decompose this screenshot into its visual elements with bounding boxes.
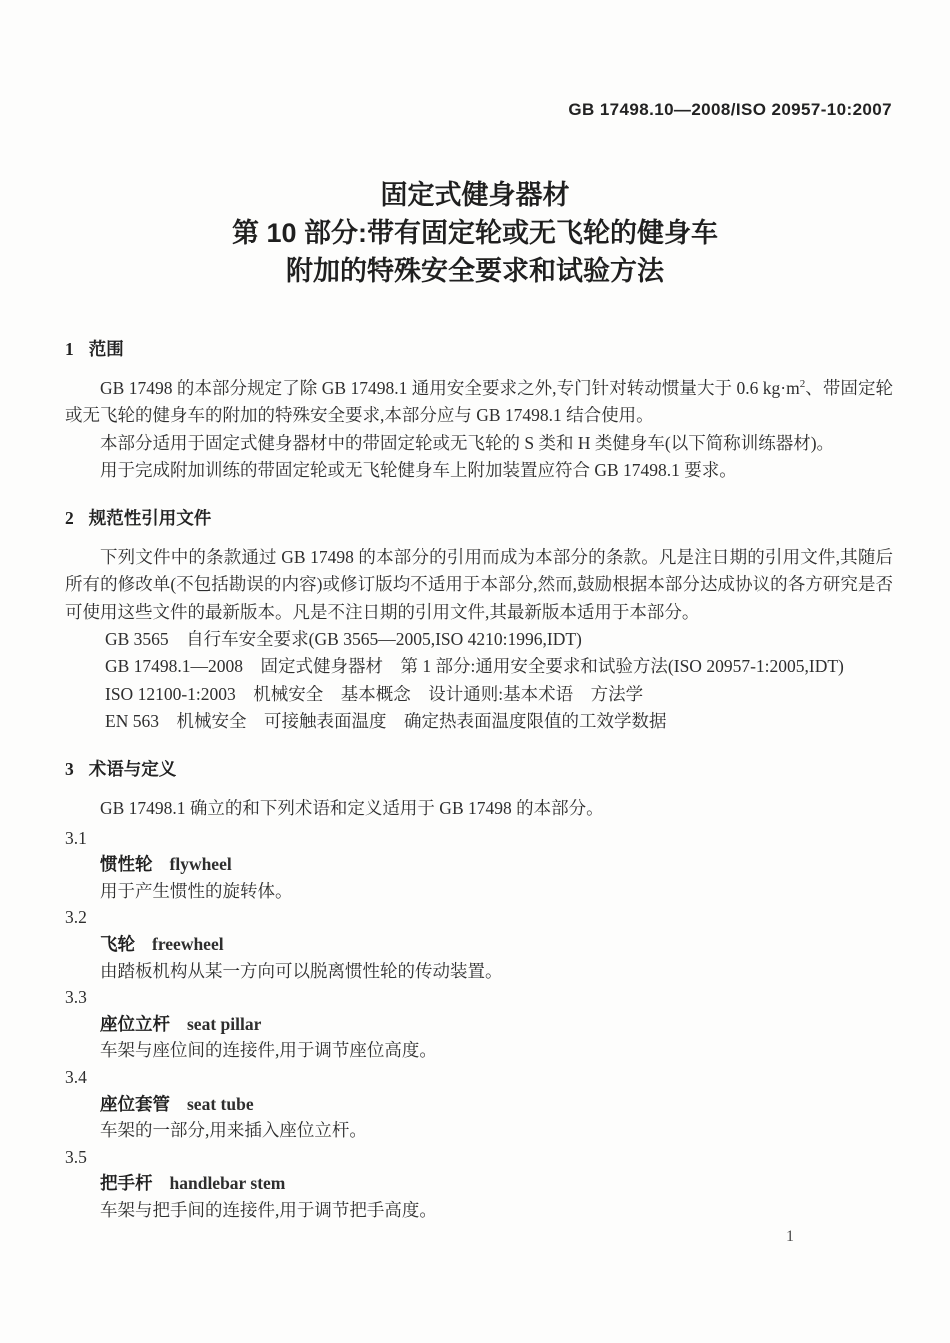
title-line-1: 固定式健身器材 — [0, 176, 950, 214]
section-1-heading: 1范围 — [65, 338, 893, 360]
standard-number-header: GB 17498.10—2008/ISO 20957-10:2007 — [0, 0, 950, 120]
title-line-2: 第 10 部分:带有固定轮或无飞轮的健身车 — [0, 214, 950, 252]
document-title: 固定式健身器材 第 10 部分:带有固定轮或无飞轮的健身车 附加的特殊安全要求和… — [0, 176, 950, 290]
term-name-chinese: 座位立杆 — [100, 1014, 170, 1034]
section-3-number: 3 — [65, 758, 74, 780]
term-entry: 3.5 把手杆handlebar stem 车架与把手间的连接件,用于调节把手高… — [65, 1144, 893, 1224]
term-name-english: flywheel — [170, 854, 232, 874]
section-2-title: 规范性引用文件 — [89, 508, 212, 528]
terms-list: 3.1 惯性轮flywheel 用于产生惯性的旋转体。 3.2 飞轮freewh… — [65, 825, 893, 1224]
term-name: 把手杆handlebar stem — [65, 1170, 893, 1197]
section-1-paragraph-1: GB 17498 的本部分规定了除 GB 17498.1 通用安全要求之外,专门… — [65, 375, 893, 430]
para-text: GB 17498 的本部分规定了除 GB 17498.1 通用安全要求之外,专门… — [100, 378, 800, 398]
section-2-number: 2 — [65, 507, 74, 529]
term-name: 惯性轮flywheel — [65, 851, 893, 878]
term-definition: 车架与座位间的连接件,用于调节座位高度。 — [65, 1037, 893, 1064]
term-entry: 3.3 座位立杆seat pillar 车架与座位间的连接件,用于调节座位高度。 — [65, 984, 893, 1064]
section-2-heading: 2规范性引用文件 — [65, 507, 893, 529]
document-body: 1范围 GB 17498 的本部分规定了除 GB 17498.1 通用安全要求之… — [0, 338, 950, 1223]
term-name-english: seat tube — [187, 1094, 254, 1114]
term-name-chinese: 飞轮 — [100, 934, 135, 954]
term-entry: 3.4 座位套管seat tube 车架的一部分,用来插入座位立杆。 — [65, 1064, 893, 1144]
term-definition: 车架与把手间的连接件,用于调节把手高度。 — [65, 1197, 893, 1224]
section-3-heading: 3术语与定义 — [65, 758, 893, 780]
term-name-chinese: 惯性轮 — [100, 854, 153, 874]
term-number: 3.1 — [65, 825, 893, 852]
term-definition: 车架的一部分,用来插入座位立杆。 — [65, 1117, 893, 1144]
document-page: GB 17498.10—2008/ISO 20957-10:2007 固定式健身… — [0, 0, 950, 1343]
section-3-intro: GB 17498.1 确立的和下列术语和定义适用于 GB 17498 的本部分。 — [65, 795, 893, 822]
term-name-chinese: 座位套管 — [100, 1094, 170, 1114]
reference-item: ISO 12100-1:2003 机械安全 基本概念 设计通则:基本术语 方法学 — [65, 681, 893, 708]
term-definition: 用于产生惯性的旋转体。 — [65, 878, 893, 905]
page-number: 1 — [786, 1228, 794, 1246]
term-number: 3.4 — [65, 1064, 893, 1091]
reference-item: GB 17498.1—2008 固定式健身器材 第 1 部分:通用安全要求和试验… — [65, 653, 893, 680]
term-name-english: freewheel — [152, 934, 224, 954]
title-line-3: 附加的特殊安全要求和试验方法 — [0, 252, 950, 290]
term-name-english: seat pillar — [187, 1014, 261, 1034]
section-1-paragraph-3: 用于完成附加训练的带固定轮或无飞轮健身车上附加装置应符合 GB 17498.1 … — [65, 457, 893, 484]
term-definition: 由踏板机构从某一方向可以脱离惯性轮的传动装置。 — [65, 958, 893, 985]
term-name-chinese: 把手杆 — [100, 1173, 153, 1193]
term-entry: 3.1 惯性轮flywheel 用于产生惯性的旋转体。 — [65, 825, 893, 905]
term-entry: 3.2 飞轮freewheel 由踏板机构从某一方向可以脱离惯性轮的传动装置。 — [65, 904, 893, 984]
term-number: 3.2 — [65, 904, 893, 931]
term-name: 飞轮freewheel — [65, 931, 893, 958]
section-2-paragraph-1: 下列文件中的条款通过 GB 17498 的本部分的引用而成为本部分的条款。凡是注… — [65, 544, 893, 626]
reference-item: EN 563 机械安全 可接触表面温度 确定热表面温度限值的工效学数据 — [65, 708, 893, 735]
term-name-english: handlebar stem — [170, 1173, 286, 1193]
term-name: 座位立杆seat pillar — [65, 1011, 893, 1038]
section-1-paragraph-2: 本部分适用于固定式健身器材中的带固定轮或无飞轮的 S 类和 H 类健身车(以下简… — [65, 430, 893, 457]
section-3-title: 术语与定义 — [89, 759, 177, 779]
section-1-number: 1 — [65, 338, 74, 360]
section-1-title: 范围 — [89, 339, 124, 359]
reference-item: GB 3565 自行车安全要求(GB 3565—2005,ISO 4210:19… — [65, 626, 893, 653]
term-number: 3.5 — [65, 1144, 893, 1171]
term-number: 3.3 — [65, 984, 893, 1011]
term-name: 座位套管seat tube — [65, 1091, 893, 1118]
